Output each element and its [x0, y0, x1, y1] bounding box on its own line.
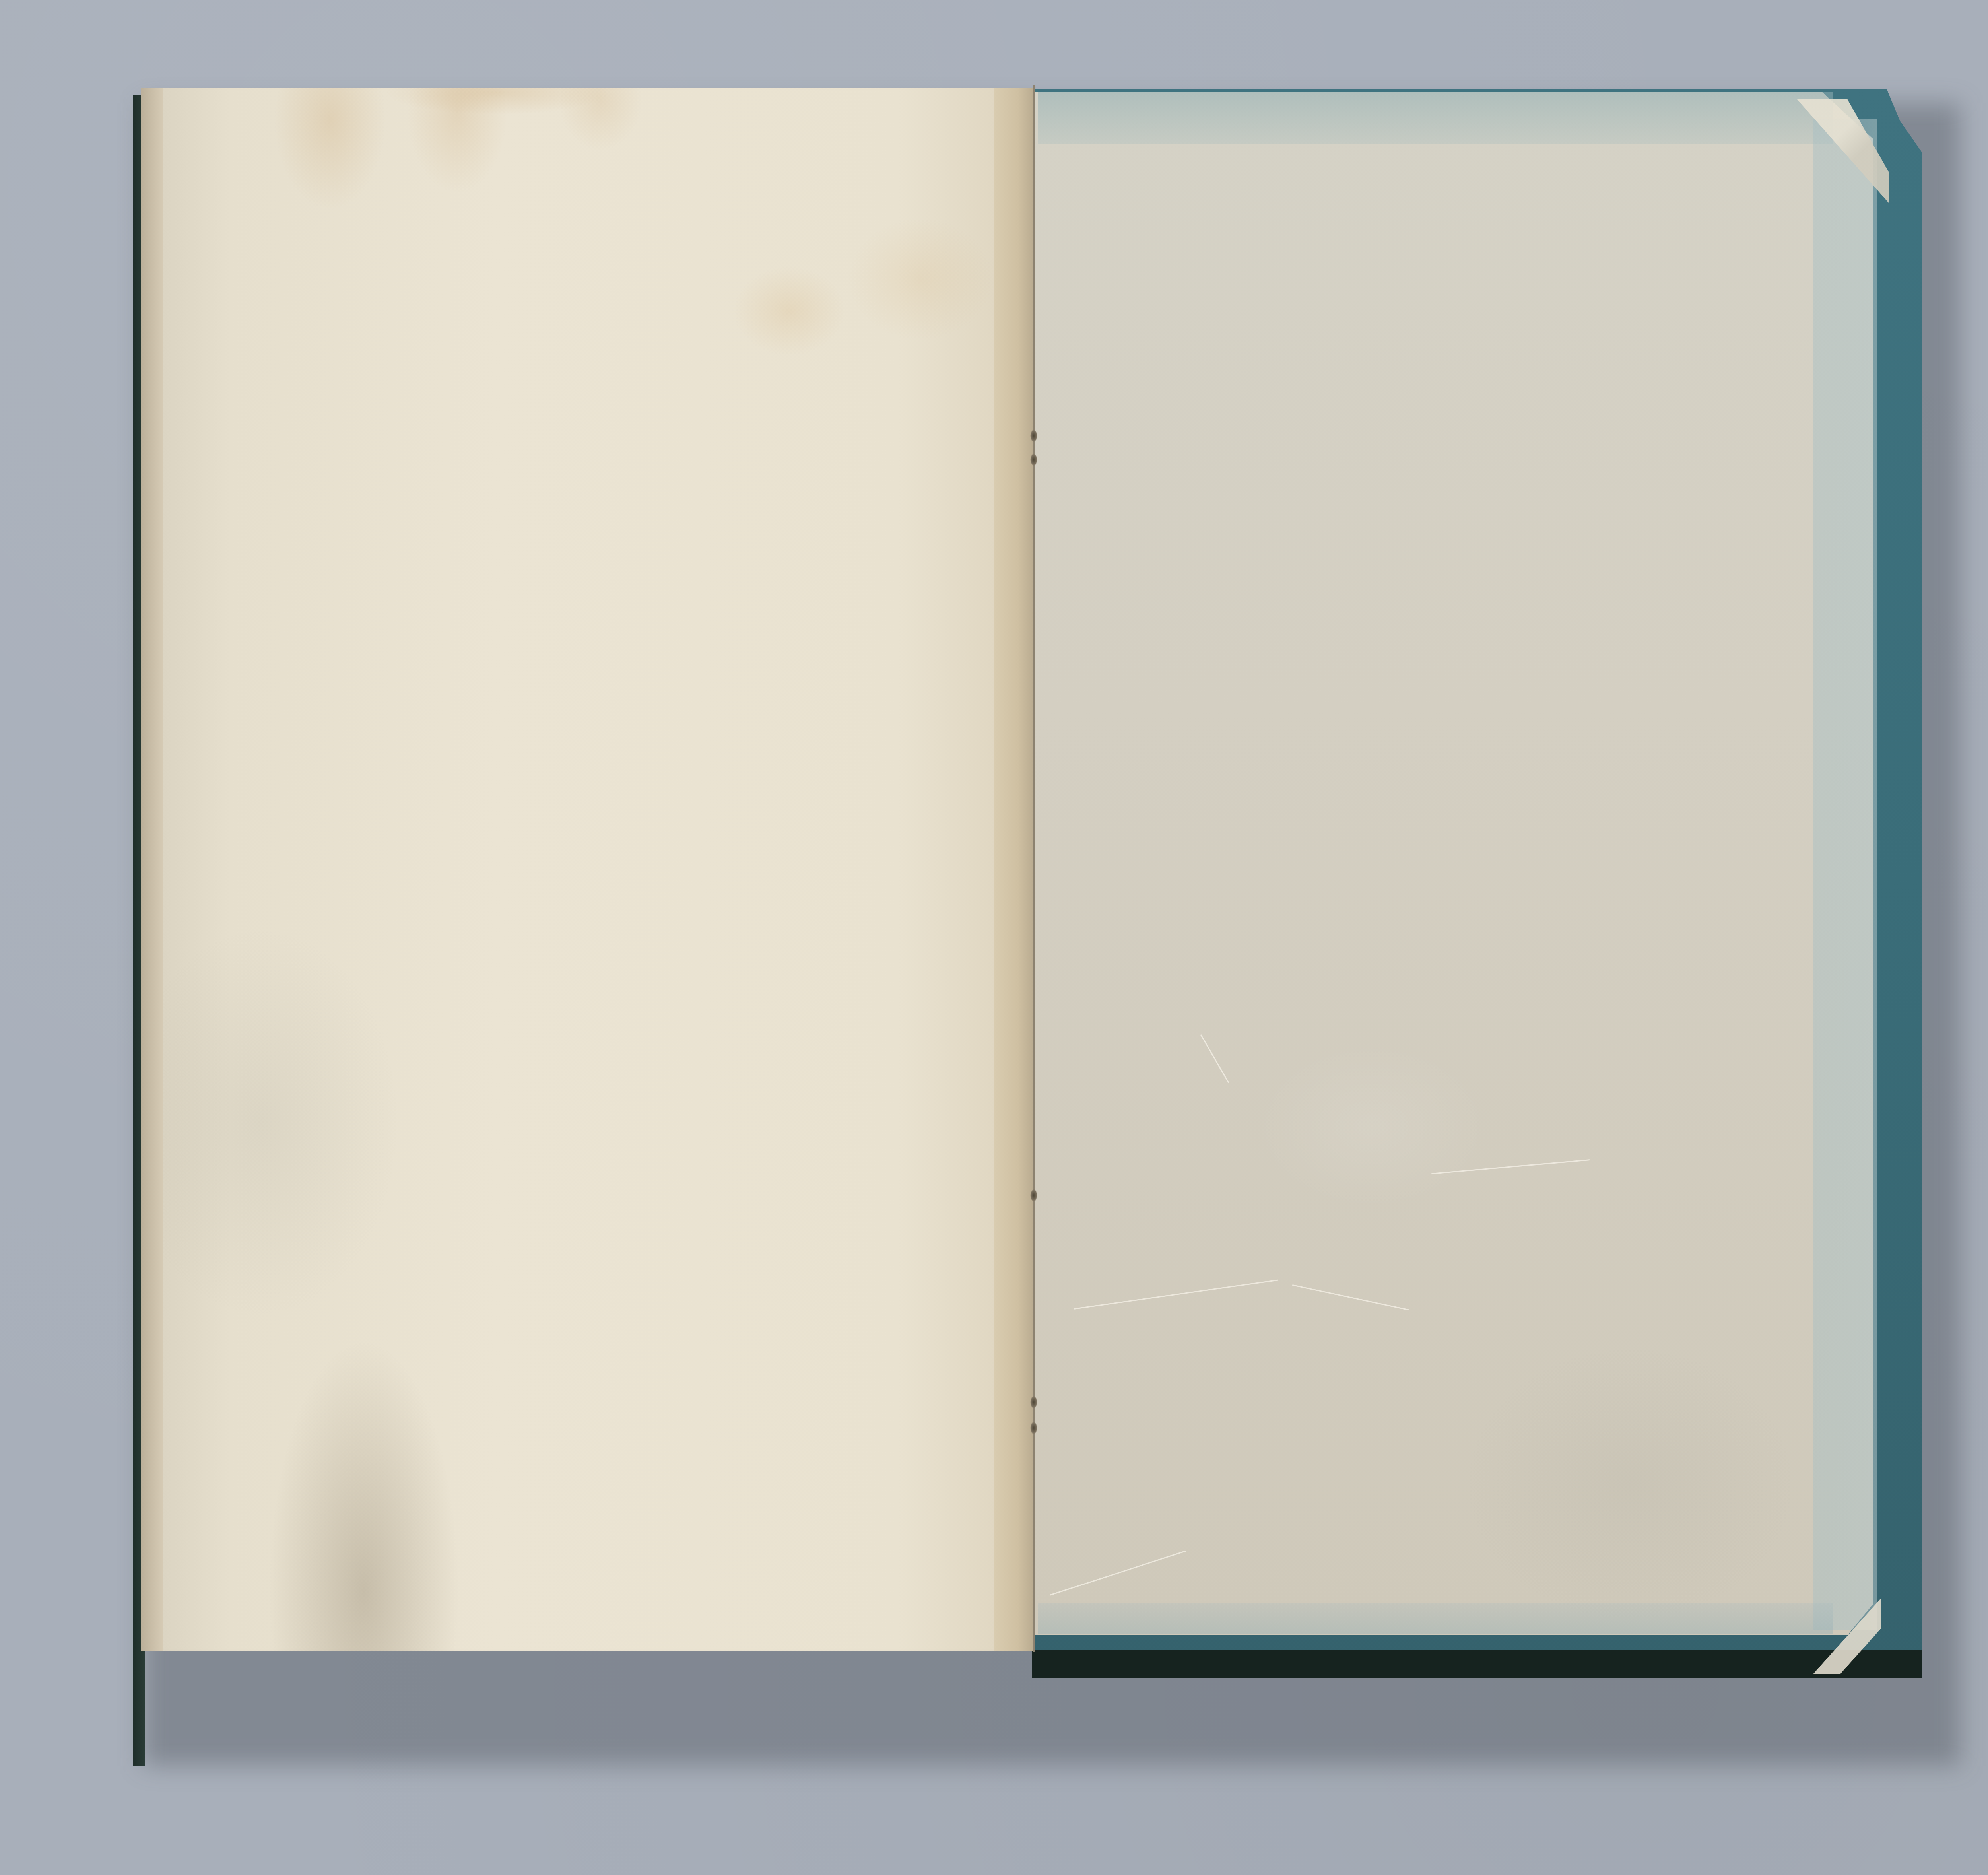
- cover-board-edge-bottom: [1032, 1650, 1922, 1678]
- stitch-hole-icon: [1030, 453, 1037, 466]
- right-pastedown-page: [1034, 92, 1873, 1635]
- left-page-outer-edge: [141, 88, 163, 1651]
- water-stain: [258, 88, 815, 259]
- center-hole-icon: [1030, 1189, 1037, 1202]
- stitch-hole-icon: [1030, 429, 1037, 442]
- gutter-fold: [994, 88, 1034, 1651]
- left-page-blank: [141, 88, 1032, 1651]
- stitch-hole-icon: [1030, 1422, 1037, 1434]
- cover-turn-in-bottom: [1038, 1603, 1833, 1634]
- cover-turn-in-right: [1813, 119, 1877, 1630]
- stitch-hole-icon: [1030, 1396, 1037, 1409]
- spine-gutter-line: [1033, 85, 1035, 1652]
- open-book: [0, 0, 1988, 1875]
- cover-turn-in-top: [1038, 92, 1833, 144]
